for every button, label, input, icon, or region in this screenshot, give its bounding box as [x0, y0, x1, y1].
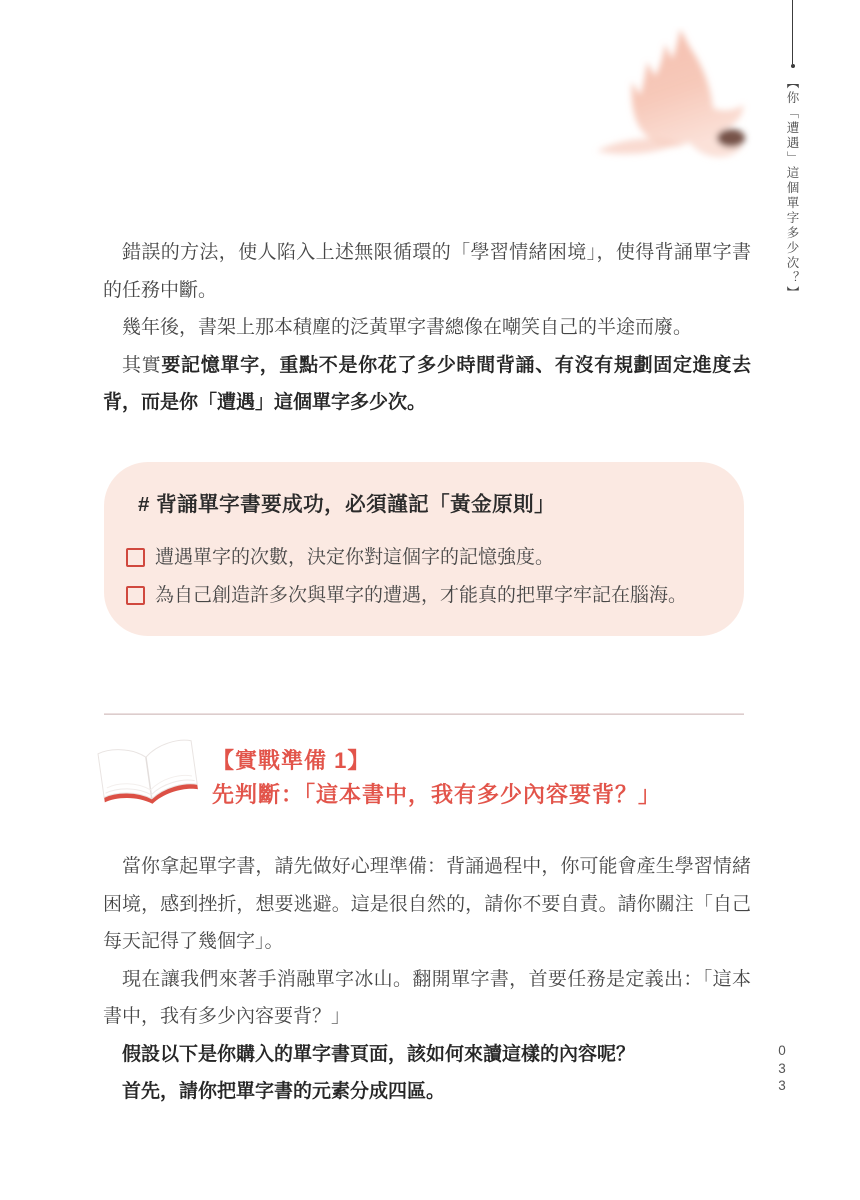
golden-rule-callout: # 背誦單字書要成功，必須謹記「黃金原則」 遭遇單字的次數，決定你對這個字的記憶… [104, 462, 744, 636]
body-paragraph-3: 假設以下是你購入的單字書頁面，該如何來讀這樣的內容呢？ [103, 1036, 751, 1074]
margin-chapter-title: 【你「遭遇」這個單字多少次？】 [783, 76, 801, 301]
body-paragraph-4: 首先，請你把單字書的元素分成四區。 [103, 1073, 751, 1111]
section-title-line2: 先判斷：「這本書中，我有多少內容要背？」 [212, 778, 661, 812]
page-number: 033 [775, 1042, 789, 1095]
intro-p3-lead: 其實 [122, 355, 161, 376]
intro-p3-emphasis: 要記憶單字，重點不是你花了多少時間背誦、有沒有規劃固定進度去背，而是你「遭遇」這… [103, 355, 751, 414]
open-book-icon [96, 738, 202, 820]
checklist-item-label: 為自己創造許多次與單字的遭遇，才能真的把單字牢記在腦海。 [155, 577, 687, 615]
dove-watercolor-image [583, 26, 769, 172]
intro-text-block: 錯誤的方法，使人陷入上述無限循環的「學習情緒困境」，使得背誦單字書的任務中斷。 … [103, 234, 751, 422]
section-divider [104, 713, 744, 715]
checklist-item-label: 遭遇單字的次數，決定你對這個字的記憶強度。 [155, 539, 554, 577]
body-paragraph-1: 當你拿起單字書，請先做好心理準備：背誦過程中，你可能會產生學習情緒困境，感到挫折… [103, 848, 751, 961]
section-title: 【實戰準備 1】 先判斷：「這本書中，我有多少內容要背？」 [212, 744, 661, 812]
golden-rule-heading: # 背誦單字書要成功，必須謹記「黃金原則」 [138, 487, 710, 517]
book-page: { "margin_header": { "title": "【你「遭遇」這個單… [0, 0, 860, 1200]
intro-paragraph-3: 其實要記憶單字，重點不是你花了多少時間背誦、有沒有規劃固定進度去背，而是你「遭遇… [103, 347, 751, 422]
checkbox-icon [126, 548, 145, 567]
margin-rule-line [792, 0, 793, 64]
checkbox-icon [126, 586, 145, 605]
section-title-line1: 【實戰準備 1】 [212, 744, 661, 778]
intro-paragraph-1: 錯誤的方法，使人陷入上述無限循環的「學習情緒困境」，使得背誦單字書的任務中斷。 [103, 234, 751, 309]
checklist-item: 遭遇單字的次數，決定你對這個字的記憶強度。 [138, 539, 710, 577]
main-text-block: 當你拿起單字書，請先做好心理準備：背誦過程中，你可能會產生學習情緒困境，感到挫折… [103, 848, 751, 1111]
checklist-item: 為自己創造許多次與單字的遭遇，才能真的把單字牢記在腦海。 [138, 577, 710, 615]
intro-paragraph-2: 幾年後，書架上那本積塵的泛黃單字書總像在嘲笑自己的半途而廢。 [103, 309, 751, 347]
body-paragraph-2: 現在讓我們來著手消融單字冰山。翻開單字書，首要任務是定義出：「這本書中，我有多少… [103, 961, 751, 1036]
